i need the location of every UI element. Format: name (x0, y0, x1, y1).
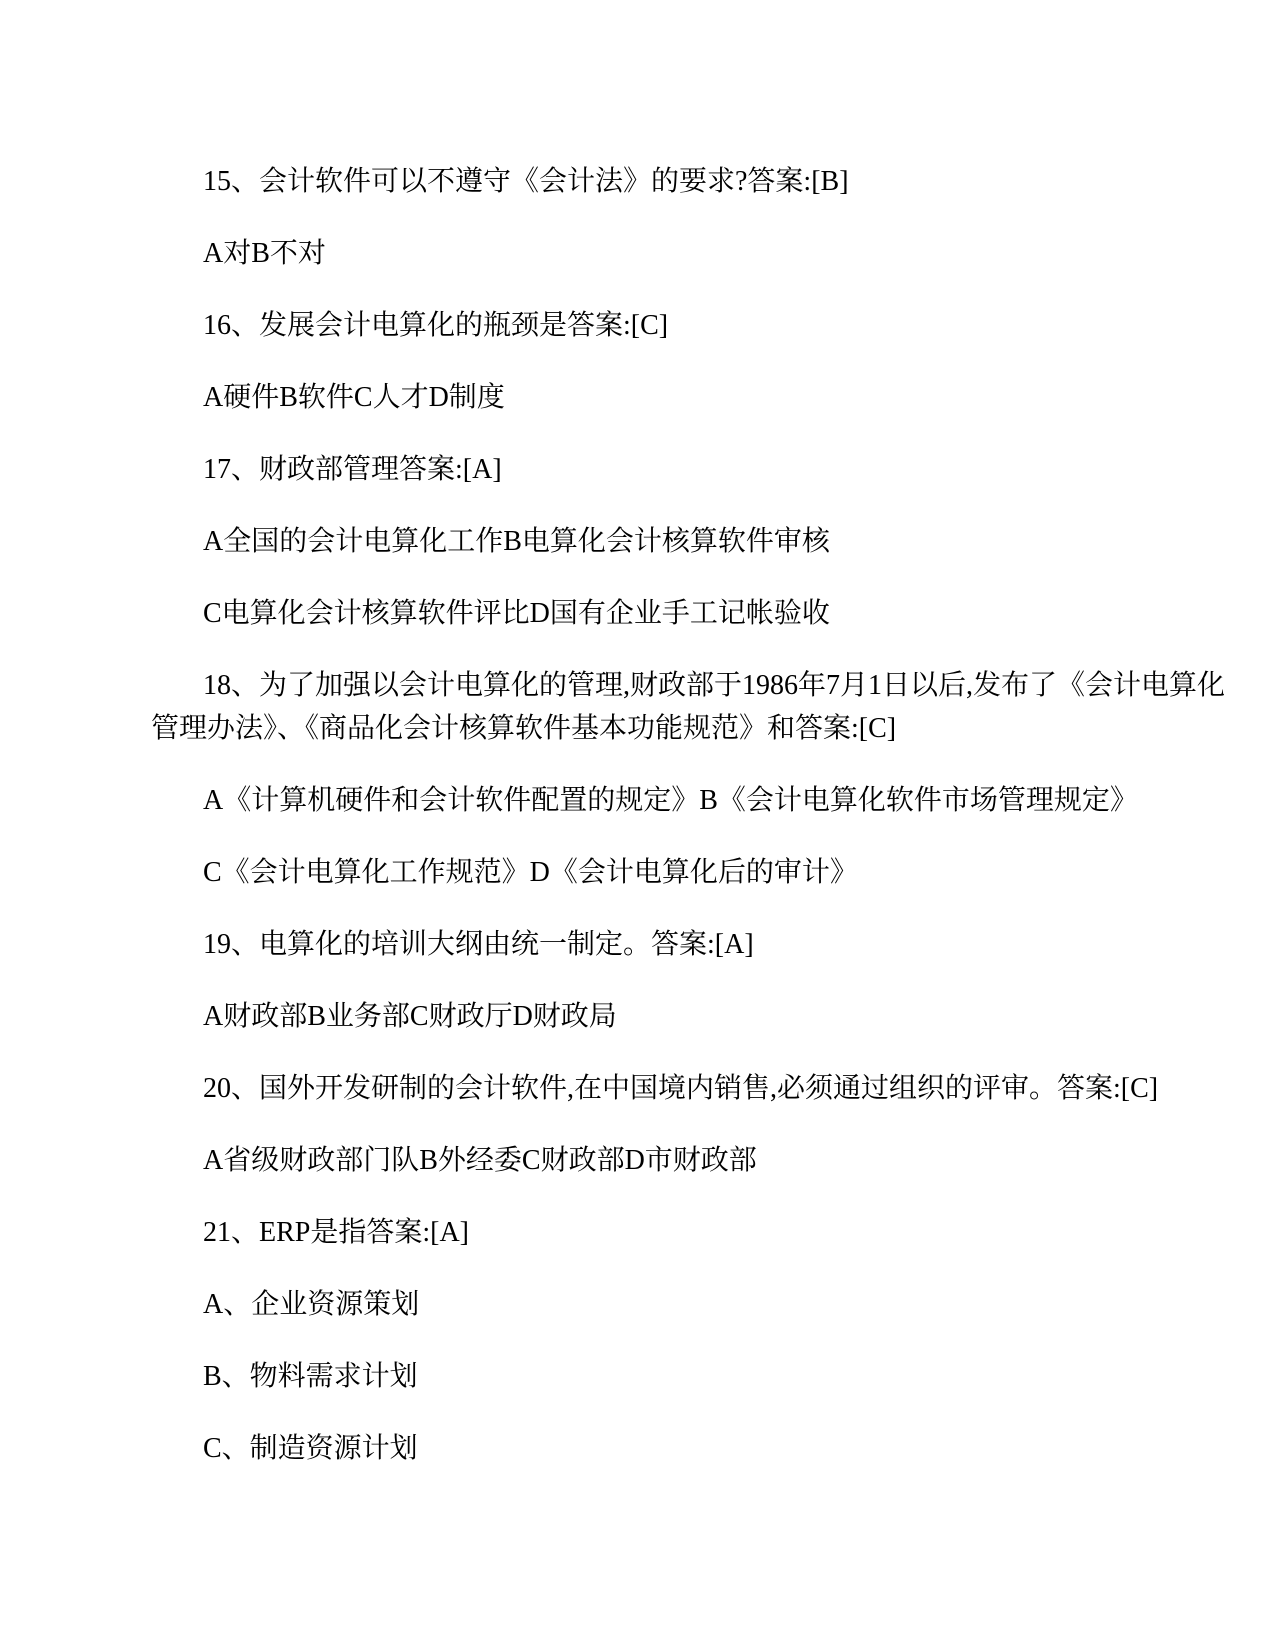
question-16-options: A硬件B软件C人才D制度 (151, 376, 1175, 419)
question-18-options-cd: C《会计电算化工作规范》D《会计电算化后的审计》 (151, 851, 1175, 894)
question-19-options: A财政部B业务部C财政厅D财政局 (151, 995, 1175, 1038)
question-17-options-ab: A全国的会计电算化工作B电算化会计核算软件审核 (151, 520, 1175, 563)
question-21-stem: 21、ERP是指答案:[A] (151, 1211, 1175, 1254)
question-16-stem: 16、发展会计电算化的瓶颈是答案:[C] (151, 304, 1175, 347)
question-15-options: A对B不对 (151, 232, 1175, 275)
question-21-option-a: A、企业资源策划 (151, 1283, 1175, 1326)
question-21-option-c: C、制造资源计划 (151, 1427, 1175, 1470)
question-18-stem-line-1: 18、为了加强以会计电算化的管理,财政部于1986年7月1日以后,发布了《会计电… (151, 664, 1175, 707)
question-20-options: A省级财政部门队B外经委C财政部D市财政部 (151, 1139, 1175, 1182)
question-18-options-ab: A《计算机硬件和会计软件配置的规定》B《会计电算化软件市场管理规定》 (151, 779, 1175, 822)
question-15-stem: 15、会计软件可以不遵守《会计法》的要求?答案:[B] (151, 160, 1175, 203)
question-21-option-b: B、物料需求计划 (151, 1355, 1175, 1398)
question-19-stem: 19、电算化的培训大纲由统一制定。答案:[A] (151, 923, 1175, 966)
question-17-stem: 17、财政部管理答案:[A] (151, 448, 1175, 491)
question-18-stem-line-2: 管理办法》、《商品化会计核算软件基本功能规范》和答案:[C] (151, 707, 1175, 750)
question-20-stem: 20、国外开发研制的会计软件,在中国境内销售,必须通过组织的评审。答案:[C] (151, 1067, 1175, 1110)
question-17-options-cd: C电算化会计核算软件评比D国有企业手工记帐验收 (151, 592, 1175, 635)
document-page: 15、会计软件可以不遵守《会计法》的要求?答案:[B] A对B不对 16、发展会… (0, 0, 1275, 1650)
